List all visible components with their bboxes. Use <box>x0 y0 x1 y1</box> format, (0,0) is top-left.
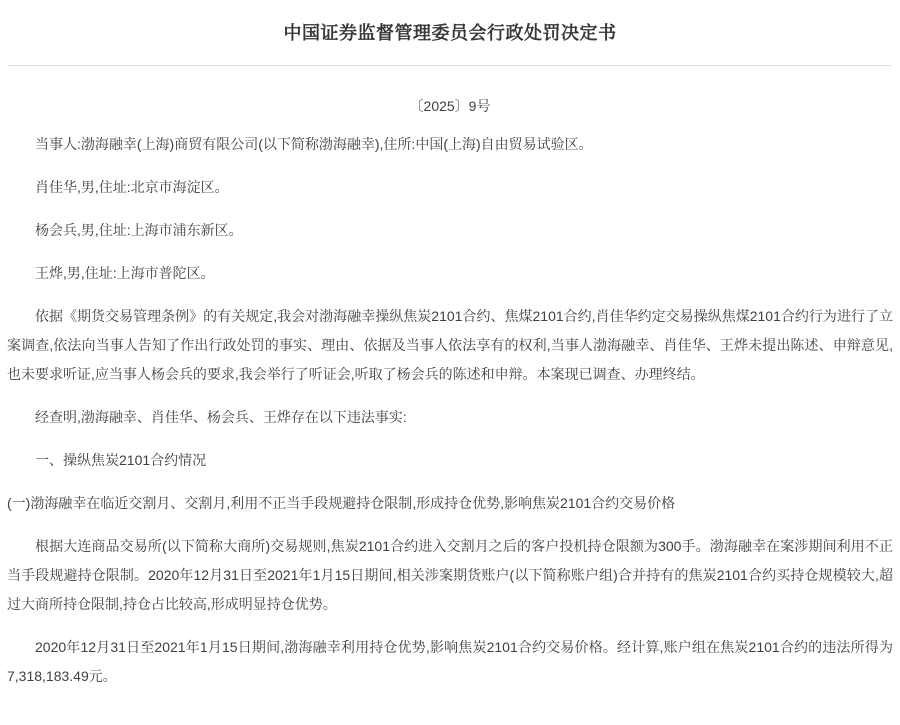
document-number: 〔2025〕9号 <box>0 66 900 116</box>
paragraph-procedure: 依据《期货交易管理条例》的有关规定,我会对渤海融幸操纵焦炭2101合约、焦煤21… <box>7 302 893 389</box>
document-body: 当事人:渤海融幸(上海)商贸有限公司(以下简称渤海融幸),住所:中国(上海)自由… <box>0 116 900 725</box>
paragraph-fact-illegal-gains: 2020年12月31日至2021年1月15日期间,渤海融幸利用持仓优势,影响焦炭… <box>7 633 893 691</box>
paragraph-findings-intro: 经查明,渤海融幸、肖佳华、杨会兵、王烨存在以下违法事实: <box>7 403 893 432</box>
paragraph-party-wangye: 王烨,男,住址:上海市普陀区。 <box>7 259 893 288</box>
paragraph-party-xiaojiahua: 肖佳华,男,住址:北京市海淀区。 <box>7 173 893 202</box>
paragraph-section-1-1-heading: (一)渤海融幸在临近交割月、交割月,利用不正当手段规避持仓限制,形成持仓优势,影… <box>7 489 893 518</box>
paragraph-section-1-heading: 一、操纵焦炭2101合约情况 <box>7 446 893 475</box>
paragraph-party-yanghuibing: 杨会兵,男,住址:上海市浦东新区。 <box>7 216 893 245</box>
penalty-decision-page: 中国证券监督管理委员会行政处罚决定书 〔2025〕9号 当事人:渤海融幸(上海)… <box>0 0 900 725</box>
document-title: 中国证券监督管理委员会行政处罚决定书 <box>0 0 900 45</box>
paragraph-fact-position-limit: 根据大连商品交易所(以下简称大商所)交易规则,焦炭2101合约进入交割月之后的客… <box>7 532 893 619</box>
paragraph-party-company: 当事人:渤海融幸(上海)商贸有限公司(以下简称渤海融幸),住所:中国(上海)自由… <box>7 130 893 159</box>
